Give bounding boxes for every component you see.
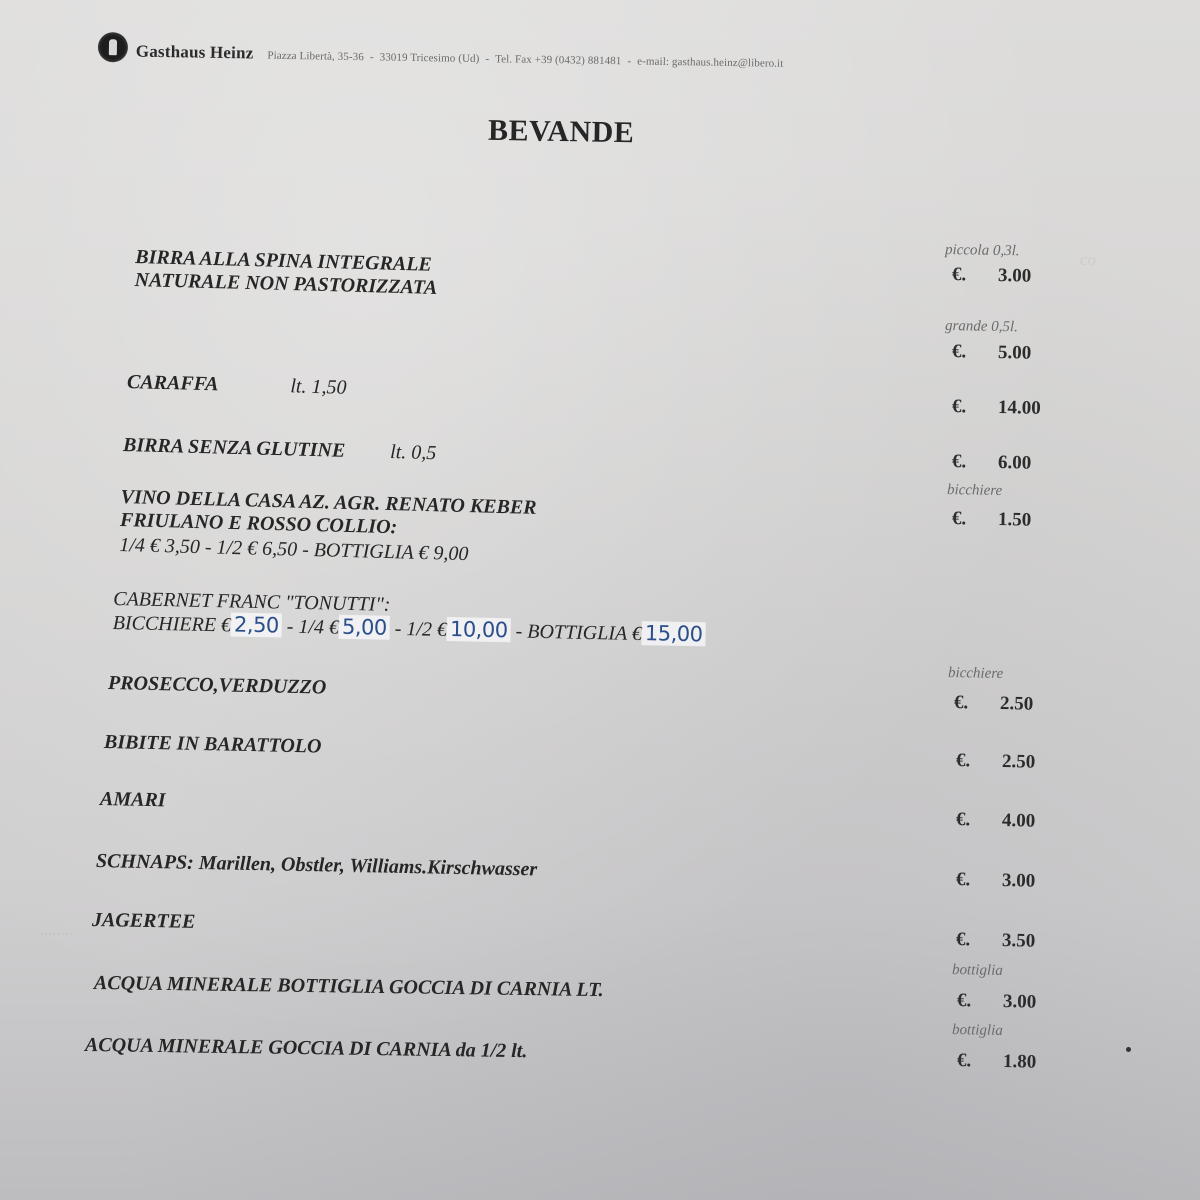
price-value: 1.50: [998, 509, 1032, 531]
price-note: bicchiere: [947, 482, 1003, 500]
bottle-label: - BOTTIGLIA €: [510, 620, 642, 645]
price: €.3.00: [956, 869, 1036, 893]
price: €.3.00: [952, 264, 1032, 288]
item-name: AMARI: [100, 788, 166, 811]
page-title: BEVANDE: [488, 114, 635, 151]
item-name: PROSECCO,VERDUZZO: [108, 672, 327, 699]
price: €.6.00: [952, 451, 1032, 475]
price: €.14.00: [952, 396, 1041, 420]
price: €.4.00: [956, 809, 1036, 833]
price: €.5.00: [952, 341, 1032, 365]
currency: €.: [957, 1050, 1003, 1073]
currency: €.: [954, 692, 1000, 715]
currency: €.: [956, 809, 1002, 832]
menu-item-amari: AMARI: [100, 788, 166, 812]
price: €.3.00: [957, 990, 1037, 1014]
price-value: 3.00: [1002, 870, 1036, 892]
separator: -: [627, 55, 631, 67]
currency: €.: [952, 396, 998, 419]
price-value: 4.00: [1002, 810, 1036, 832]
currency: €.: [956, 869, 1002, 892]
price-note: bottiglia: [952, 1022, 1003, 1040]
price: €.2.50: [956, 750, 1036, 774]
price-value: 3.50: [1002, 930, 1036, 952]
menu-item-prosecco: PROSECCO,VERDUZZO: [108, 672, 327, 700]
separator: -: [485, 53, 489, 65]
show-through-text: co: [1080, 250, 1096, 270]
menu-item-birra-spina: BIRRA ALLA SPINA INTEGRALE NATURALE NON …: [134, 246, 438, 300]
item-name: BIRRA SENZA GLUTINE: [123, 434, 346, 462]
price: €.1.80: [957, 1050, 1037, 1074]
price: €.2.50: [954, 692, 1034, 716]
handwritten-quarter-price: 5,00: [339, 615, 390, 640]
show-through-text: ........: [40, 920, 74, 940]
currency: €.: [952, 341, 998, 364]
half-label: - 1/2 €: [390, 618, 448, 641]
currency: €.: [957, 990, 1003, 1013]
currency: €.: [956, 750, 1002, 773]
restaurant-logo-icon: [98, 32, 128, 62]
price-value: 3.00: [1003, 991, 1037, 1013]
restaurant-address: Piazza Libertà, 35-36: [267, 50, 364, 64]
restaurant-city: 33019 Tricesimo (Ud): [380, 51, 480, 65]
price-value: 2.50: [1002, 751, 1036, 773]
handwritten-glass-price: 2,50: [231, 612, 282, 637]
menu-item-bibite: BIBITE IN BARATTOLO: [104, 731, 322, 759]
restaurant-phone: Tel. Fax +39 (0432) 881481: [495, 53, 621, 67]
price-value: 1.80: [1003, 1051, 1037, 1073]
price-note: grande 0,5l.: [945, 318, 1018, 336]
currency: €.: [952, 451, 998, 474]
item-name: CARAFFA: [127, 371, 218, 395]
price-value: 6.00: [998, 452, 1032, 474]
price-note: bottiglia: [952, 962, 1003, 980]
currency: €.: [956, 929, 1002, 952]
item-name: JAGERTEE: [92, 909, 196, 933]
currency: €.: [952, 508, 998, 531]
item-volume: lt. 1,50: [290, 375, 347, 399]
handwritten-half-price: 10,00: [447, 617, 511, 642]
price: €.3.50: [956, 929, 1036, 953]
menu-item-vino-della-casa: VINO DELLA CASA AZ. AGR. RENATO KEBER FR…: [119, 486, 537, 568]
price-value: 2.50: [1000, 693, 1034, 715]
price-note: piccola 0,3l.: [945, 242, 1020, 260]
currency: €.: [952, 264, 998, 287]
quarter-label: - 1/4 €: [282, 616, 340, 639]
price: €.1.50: [952, 508, 1032, 532]
item-volume: lt. 0,5: [390, 441, 437, 465]
item-name: SCHNAPS:: [96, 850, 194, 874]
ink-speck: [1126, 1047, 1131, 1052]
price-note: bicchiere: [948, 665, 1004, 683]
separator: -: [370, 51, 374, 63]
price-value: 3.00: [998, 265, 1032, 287]
price-value: 5.00: [998, 342, 1032, 364]
price-value: 14.00: [998, 397, 1041, 419]
item-name: BIBITE IN BARATTOLO: [104, 731, 322, 758]
handwritten-bottle-price: 15,00: [642, 621, 706, 646]
restaurant-email: e-mail: gasthaus.heinz@libero.it: [637, 55, 783, 69]
glass-label: BICCHIERE €: [113, 612, 232, 636]
restaurant-name: Gasthaus Heinz: [136, 42, 254, 64]
menu-item-jagertee: JAGERTEE: [92, 909, 196, 934]
